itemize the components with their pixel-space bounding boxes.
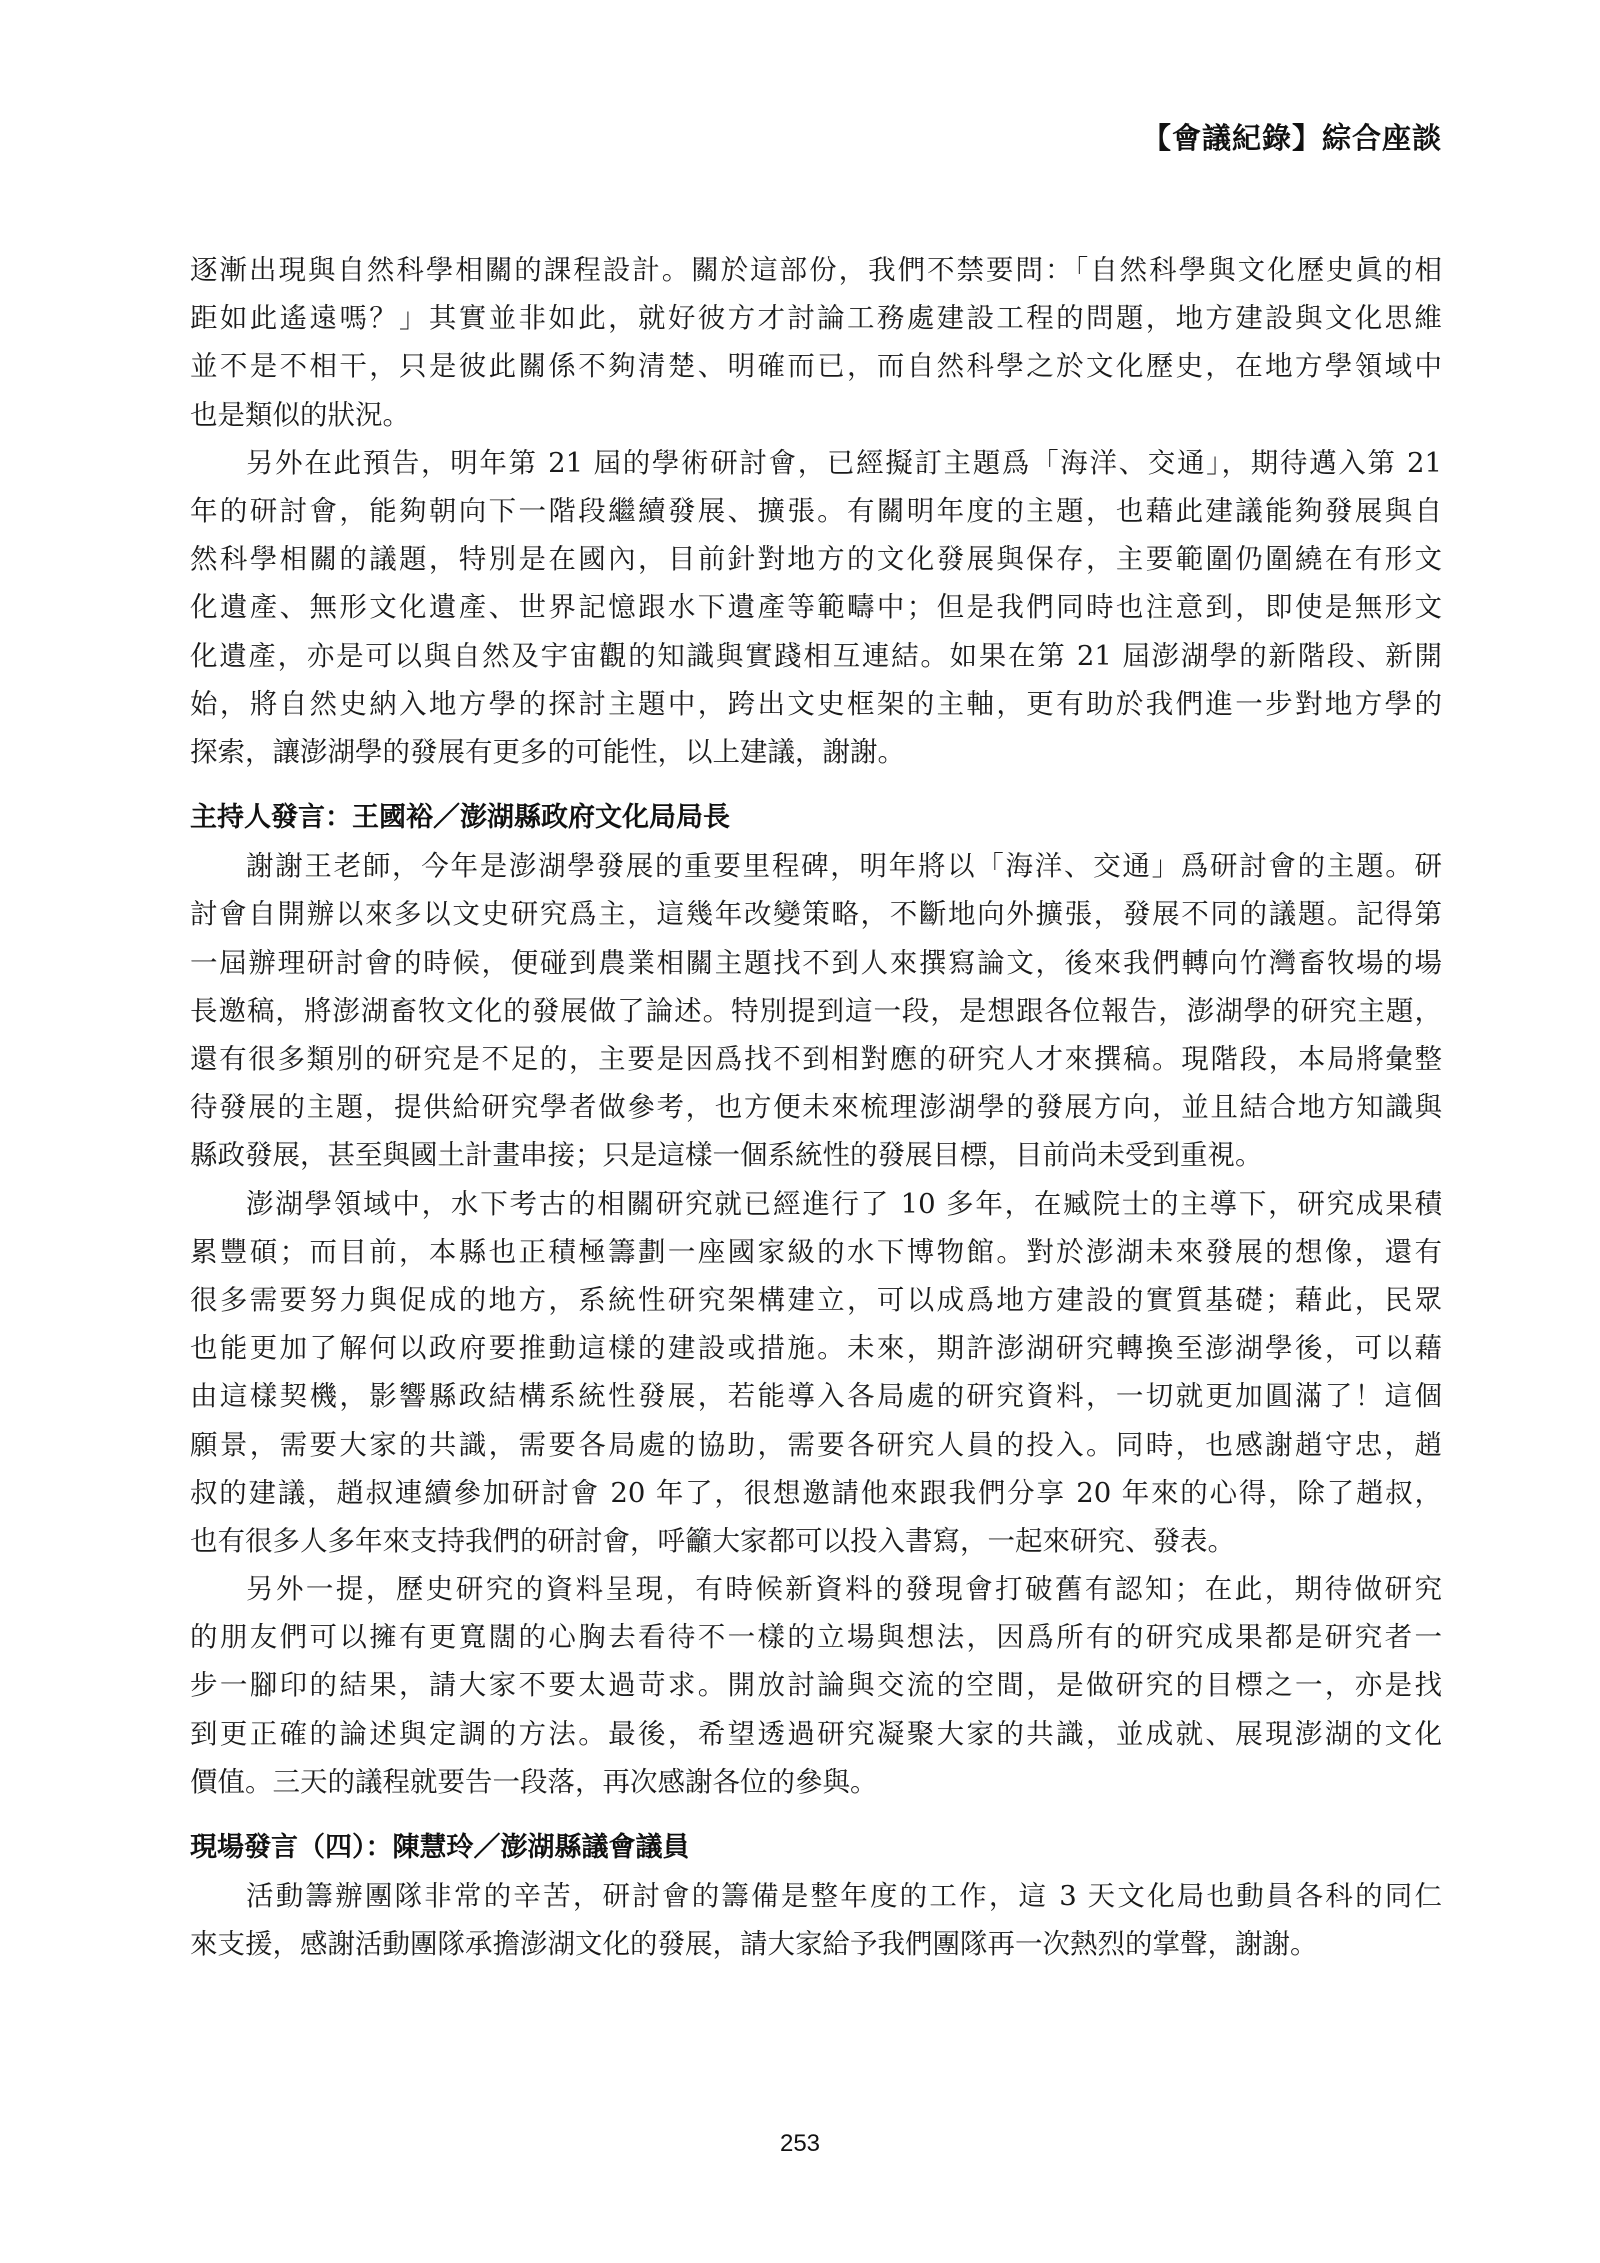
- section-moderator: 主持人發言：王國裕／澎湖縣政府文化局局長 謝謝王老師，今年是澎湖學發展的重要里程…: [190, 794, 1442, 1806]
- page-number: 253: [0, 2130, 1600, 2158]
- text-line: 很多需要努力與促成的地方，系統性研究架構建立，可以成爲地方建設的實質基礎；藉此，…: [190, 1276, 1442, 1324]
- text-line: 另外一提，歷史研究的資料呈現，有時候新資料的發現會打破舊有認知；在此，期待做研究: [190, 1565, 1442, 1613]
- text-line: 還有很多類別的研究是不足的，主要是因爲找不到相對應的研究人才來撰稿。現階段，本局…: [190, 1035, 1442, 1083]
- text-line: 縣政發展，甚至與國土計畫串接；只是這樣一個系統性的發展目標，目前尚未受到重視。: [190, 1131, 1442, 1179]
- text-line: 澎湖學領域中，水下考古的相關研究就已經進行了 10 多年，在臧院士的主導下，研究…: [190, 1180, 1442, 1228]
- paragraph: 另外一提，歷史研究的資料呈現，有時候新資料的發現會打破舊有認知；在此，期待做研究…: [190, 1565, 1442, 1806]
- text-line: 然科學相關的議題，特別是在國內，目前針對地方的文化發展與保存，主要範圍仍圍繞在有…: [190, 535, 1442, 583]
- paragraph: 逐漸出現與自然科學相關的課程設計。關於這部份，我們不禁要問：「自然科學與文化歷史…: [190, 246, 1442, 439]
- text-line: 探索，讓澎湖學的發展有更多的可能性，以上建議，謝謝。: [190, 728, 1442, 776]
- text-line: 步一腳印的結果，請大家不要太過苛求。開放討論與交流的空間，是做研究的目標之一，亦…: [190, 1661, 1442, 1709]
- text-line: 並不是不相干，只是彼此關係不夠清楚、明確而已，而自然科學之於文化歷史，在地方學領…: [190, 342, 1442, 390]
- section-heading: 現場發言（四）：陳慧玲／澎湖縣議會議員: [190, 1824, 1442, 1872]
- text-line: 活動籌辦團隊非常的辛苦，研討會的籌備是整年度的工作，這 3 天文化局也動員各科的…: [190, 1872, 1442, 1920]
- text-line: 謝謝王老師，今年是澎湖學發展的重要里程碑，明年將以「海洋、交通」爲研討會的主題。…: [190, 842, 1442, 890]
- text-line: 價值。三天的議程就要告一段落，再次感謝各位的參與。: [190, 1758, 1442, 1806]
- text-line: 也有很多人多年來支持我們的研討會，呼籲大家都可以投入書寫，一起來研究、發表。: [190, 1517, 1442, 1565]
- text-line: 一屆辦理研討會的時候，便碰到農業相關主題找不到人來撰寫論文，後來我們轉向竹灣畜牧…: [190, 939, 1442, 987]
- text-line: 來支援，感謝活動團隊承擔澎湖文化的發展，請大家給予我們團隊再一次熱烈的掌聲，謝謝…: [190, 1920, 1442, 1968]
- text-line: 始，將自然史納入地方學的探討主題中，跨出文史框架的主軸，更有助於我們進一步對地方…: [190, 680, 1442, 728]
- text-line: 到更正確的論述與定調的方法。最後，希望透過研究凝聚大家的共識，並成就、展現澎湖的…: [190, 1710, 1442, 1758]
- text-line: 討會自開辦以來多以文史研究爲主，這幾年改變策略，不斷地向外擴張，發展不同的議題。…: [190, 890, 1442, 938]
- paragraph: 澎湖學領域中，水下考古的相關研究就已經進行了 10 多年，在臧院士的主導下，研究…: [190, 1180, 1442, 1566]
- text-line: 累豐碩；而目前，本縣也正積極籌劃一座國家級的水下博物館。對於澎湖未來發展的想像，…: [190, 1228, 1442, 1276]
- text-line: 的朋友們可以擁有更寬闊的心胸去看待不一樣的立場與想法，因爲所有的研究成果都是研究…: [190, 1613, 1442, 1661]
- text-line: 化遺產、無形文化遺產、世界記憶跟水下遺產等範疇中；但是我們同時也注意到，即使是無…: [190, 583, 1442, 631]
- running-header: 【會議紀錄】綜合座談: [1142, 116, 1442, 157]
- text-line: 長邀稿，將澎湖畜牧文化的發展做了論述。特別提到這一段，是想跟各位報告，澎湖學的研…: [190, 987, 1442, 1035]
- text-line: 距如此遙遠嗎？」其實並非如此，就好彼方才討論工務處建設工程的問題，地方建設與文化…: [190, 294, 1442, 342]
- text-line: 願景，需要大家的共識，需要各局處的協助，需要各研究人員的投入。同時，也感謝趙守忠…: [190, 1421, 1442, 1469]
- paragraph: 活動籌辦團隊非常的辛苦，研討會的籌備是整年度的工作，這 3 天文化局也動員各科的…: [190, 1872, 1442, 1968]
- document-page: 【會議紀錄】綜合座談 逐漸出現與自然科學相關的課程設計。關於這部份，我們不禁要問…: [0, 0, 1600, 2263]
- text-line: 也能更加了解何以政府要推動這樣的建設或措施。未來，期許澎湖研究轉換至澎湖學後，可…: [190, 1324, 1442, 1372]
- text-line: 由這樣契機，影響縣政結構系統性發展，若能導入各局處的研究資料，一切就更加圓滿了！…: [190, 1372, 1442, 1420]
- body-text: 逐漸出現與自然科學相關的課程設計。關於這部份，我們不禁要問：「自然科學與文化歷史…: [190, 246, 1442, 1969]
- section-heading: 主持人發言：王國裕／澎湖縣政府文化局局長: [190, 794, 1442, 842]
- paragraph: 謝謝王老師，今年是澎湖學發展的重要里程碑，明年將以「海洋、交通」爲研討會的主題。…: [190, 842, 1442, 1179]
- text-line: 待發展的主題，提供給研究學者做參考，也方便未來梳理澎湖學的發展方向，並且結合地方…: [190, 1083, 1442, 1131]
- paragraph: 另外在此預告，明年第 21 屆的學術研討會，已經擬訂主題爲「海洋、交通」，期待邁…: [190, 439, 1442, 776]
- text-line: 叔的建議，趙叔連續參加研討會 20 年了，很想邀請他來跟我們分享 20 年來的心…: [190, 1469, 1442, 1517]
- text-line: 另外在此預告，明年第 21 屆的學術研討會，已經擬訂主題爲「海洋、交通」，期待邁…: [190, 439, 1442, 487]
- text-line: 逐漸出現與自然科學相關的課程設計。關於這部份，我們不禁要問：「自然科學與文化歷史…: [190, 246, 1442, 294]
- section-floor-speech-4: 現場發言（四）：陳慧玲／澎湖縣議會議員 活動籌辦團隊非常的辛苦，研討會的籌備是整…: [190, 1824, 1442, 1969]
- text-line: 化遺產，亦是可以與自然及宇宙觀的知識與實踐相互連結。如果在第 21 屆澎湖學的新…: [190, 632, 1442, 680]
- text-line: 年的研討會，能夠朝向下一階段繼續發展、擴張。有關明年度的主題，也藉此建議能夠發展…: [190, 487, 1442, 535]
- text-line: 也是類似的狀況。: [190, 391, 1442, 439]
